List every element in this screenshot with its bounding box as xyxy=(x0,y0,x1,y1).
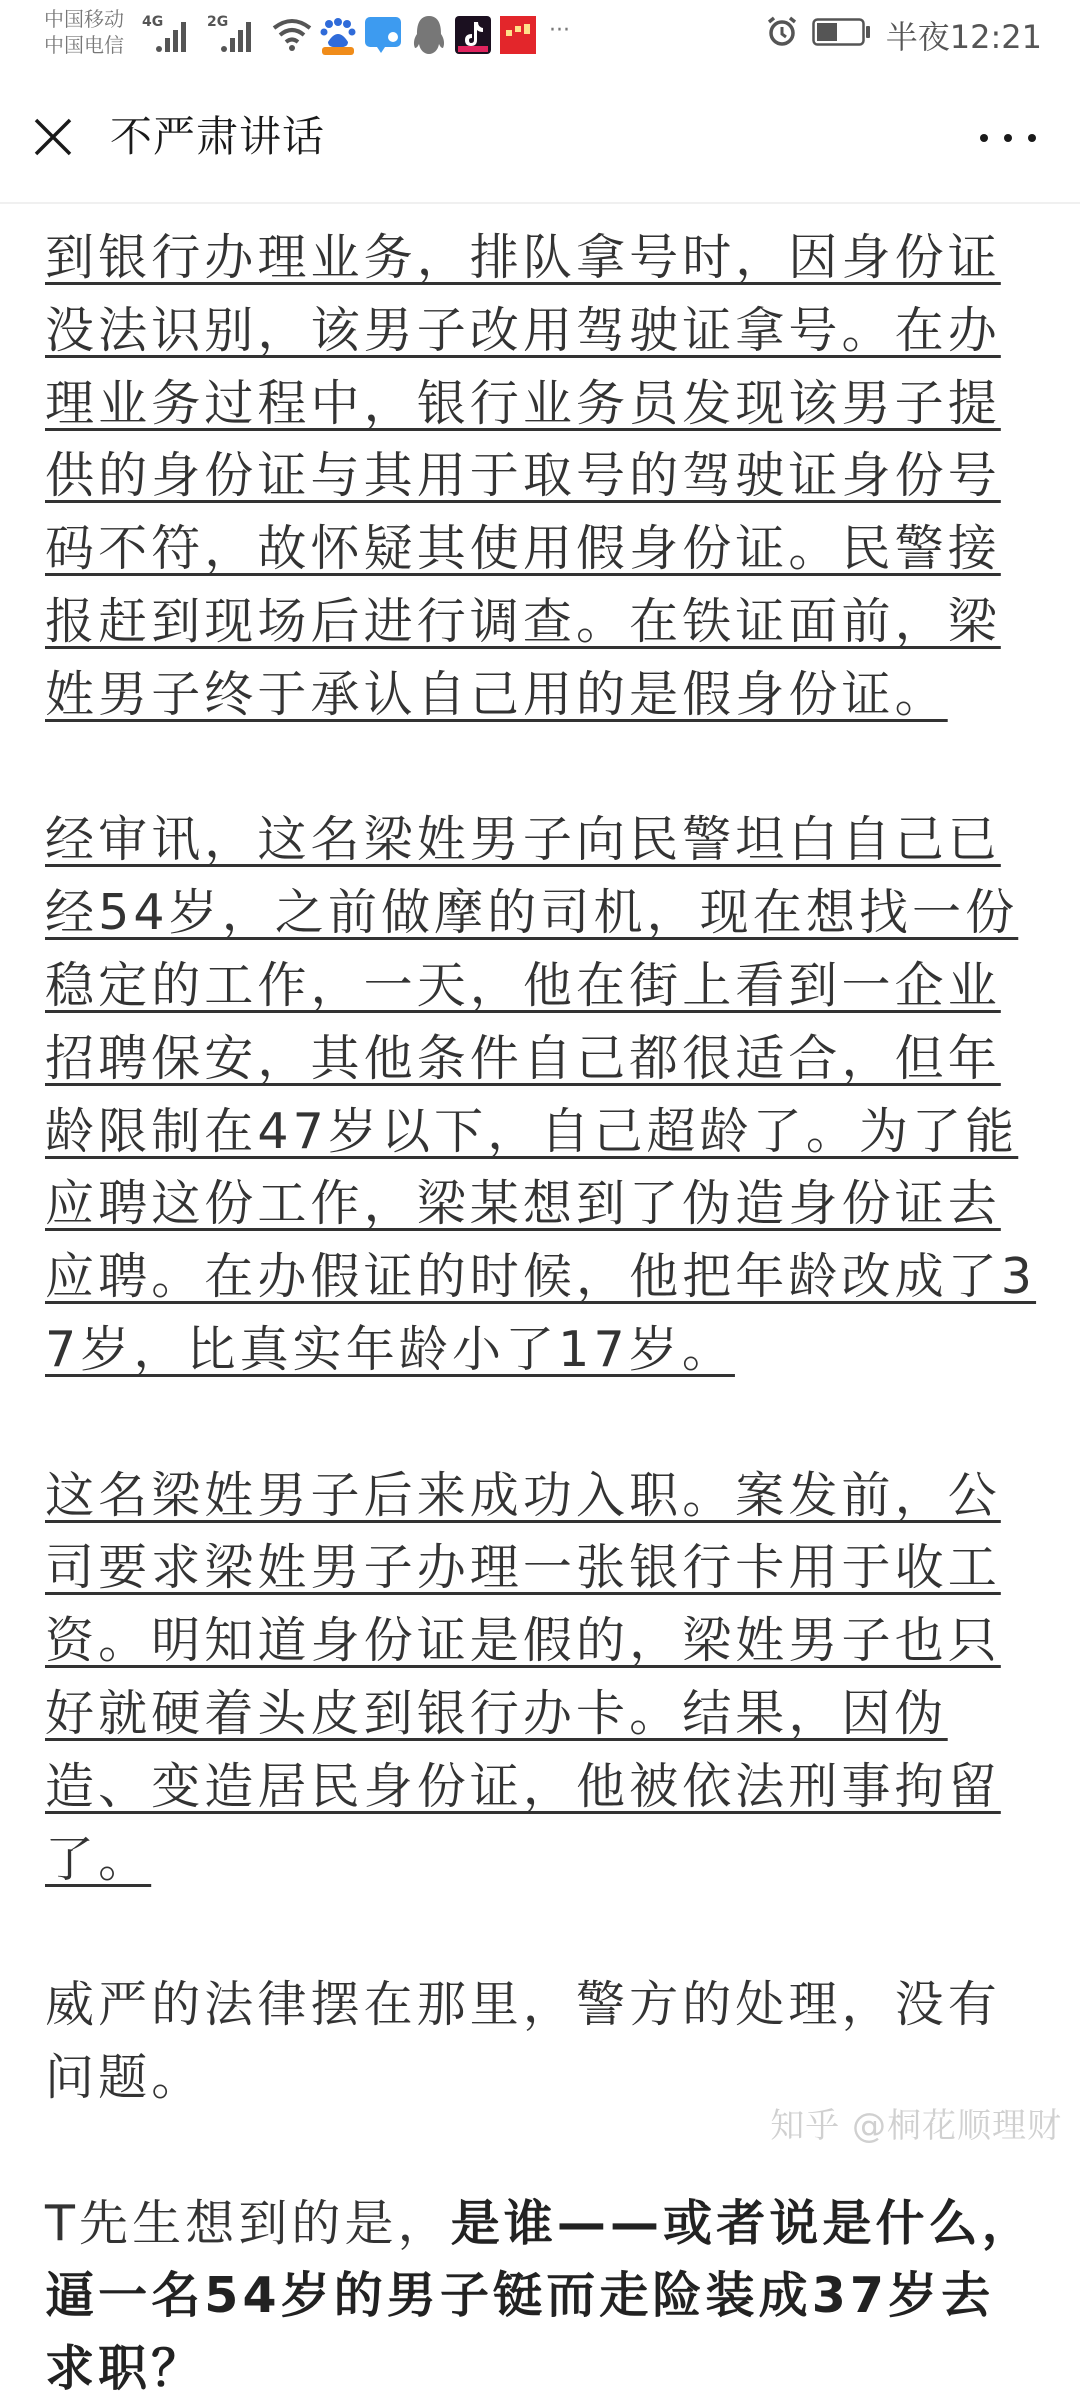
close-button[interactable] xyxy=(30,114,76,160)
paragraph-1: 到银行办理业务，排队拿号时，因身份证没法识别，该男子改用驾驶证拿号。在办理业务过… xyxy=(45,222,1037,732)
more-dot-icon xyxy=(980,134,988,142)
page-title: 不严肃讲话 xyxy=(110,112,325,162)
more-dot-icon xyxy=(1028,134,1036,142)
zhihu-watermark: 知乎 @桐花顺理财 xyxy=(770,2098,1062,2147)
paragraph-3: 这名梁姓男子后来成功入职。案发前，公司要求梁姓男子办理一张银行卡用于收工资。明知… xyxy=(45,1460,1037,1897)
paragraph-text: 威严的法律摆在那里，警方的处理，没有问题。 xyxy=(45,1976,1001,2106)
message-app-icon xyxy=(365,17,403,59)
tiktok-icon xyxy=(455,16,491,58)
status-right: 半夜12:21 xyxy=(766,12,1042,58)
red-app-icon xyxy=(500,16,536,58)
carrier-2: 中国电信 xyxy=(44,32,124,58)
more-dot-icon xyxy=(1004,134,1012,142)
paragraph-text: 到银行办理业务，排队拿号时，因身份证没法识别，该男子改用驾驶证拿号。在办理业务过… xyxy=(45,229,1001,723)
article-body: 到银行办理业务，排队拿号时，因身份证没法识别，该男子改用驾驶证拿号。在办理业务过… xyxy=(45,204,1037,2160)
carrier-labels: 中国移动 中国电信 xyxy=(44,6,124,58)
paragraph-2: 经审讯，这名梁姓男子向民警坦白自己已经54岁，之前做摩的司机，现在想找一份稳定的… xyxy=(45,804,1037,1386)
clock-time: 半夜12:21 xyxy=(886,12,1042,58)
more-notifications-icon: ··· xyxy=(549,18,570,43)
paragraph-text: 经审讯，这名梁姓男子向民警坦白自己已经54岁，之前做摩的司机，现在想找一份稳定的… xyxy=(45,811,1036,1378)
carrier-1: 中国移动 xyxy=(44,6,124,32)
qq-icon xyxy=(412,16,446,60)
app-header: 不严肃讲话 xyxy=(0,70,1080,204)
battery-icon xyxy=(812,16,872,54)
alarm-icon xyxy=(766,15,798,55)
paragraph-4: 威严的法律摆在那里，警方的处理，没有问题。 xyxy=(45,1969,1037,2115)
status-bar: 中国移动 中国电信 4G 2G xyxy=(0,0,1080,70)
more-options-button[interactable] xyxy=(980,120,1036,156)
paragraph-text: 这名梁姓男子后来成功入职。案发前，公司要求梁姓男子办理一张银行卡用于收工资。明知… xyxy=(45,1467,1001,1888)
baidu-app-icon xyxy=(318,18,358,60)
close-icon xyxy=(30,114,76,160)
wifi-icon xyxy=(272,16,312,56)
